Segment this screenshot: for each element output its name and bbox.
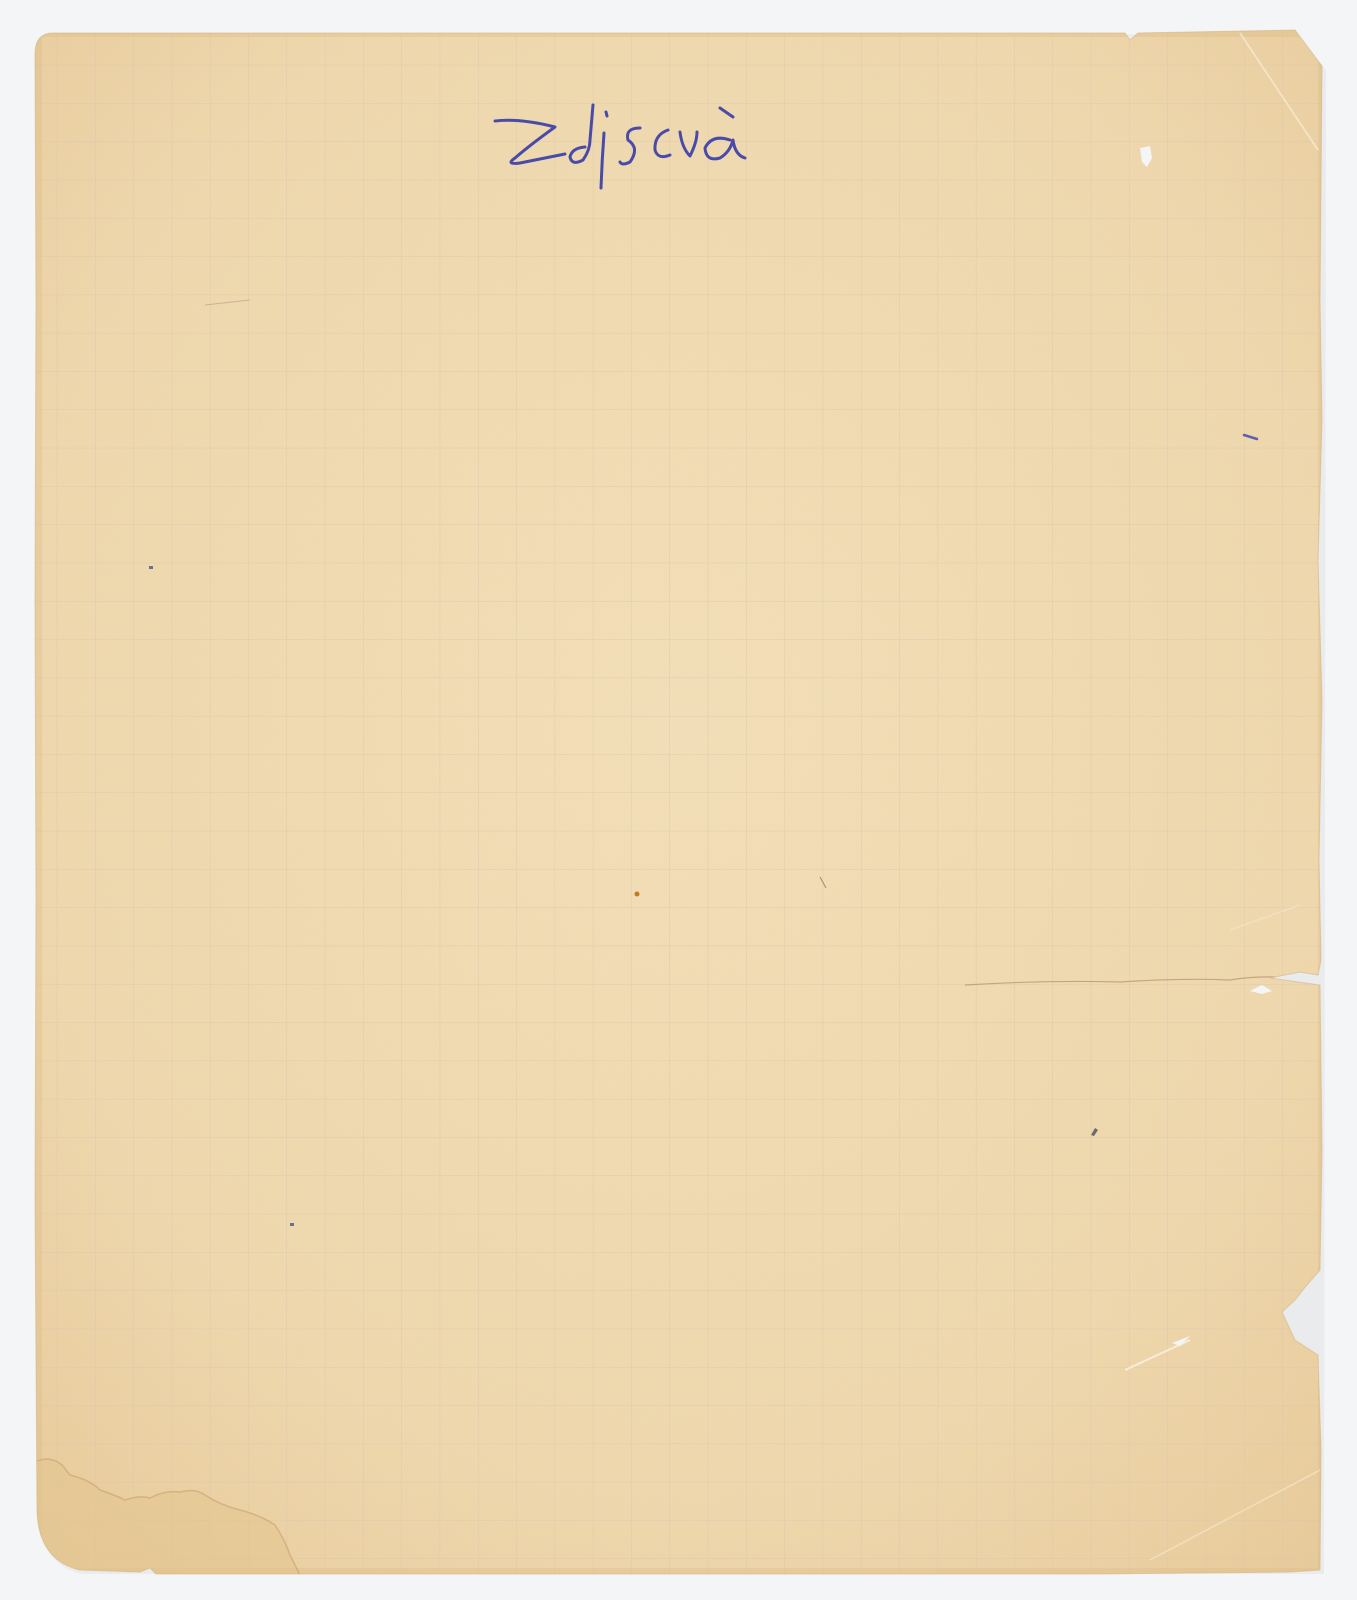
- paper-sheet: [0, 0, 1357, 1600]
- grid-lines: [35, 30, 1325, 1575]
- paper-surface: [0, 0, 1357, 1600]
- handwritten-title-text: Zdjęcia: [490, 108, 750, 188]
- scanned-document: Zdjęcia: [0, 0, 1357, 1600]
